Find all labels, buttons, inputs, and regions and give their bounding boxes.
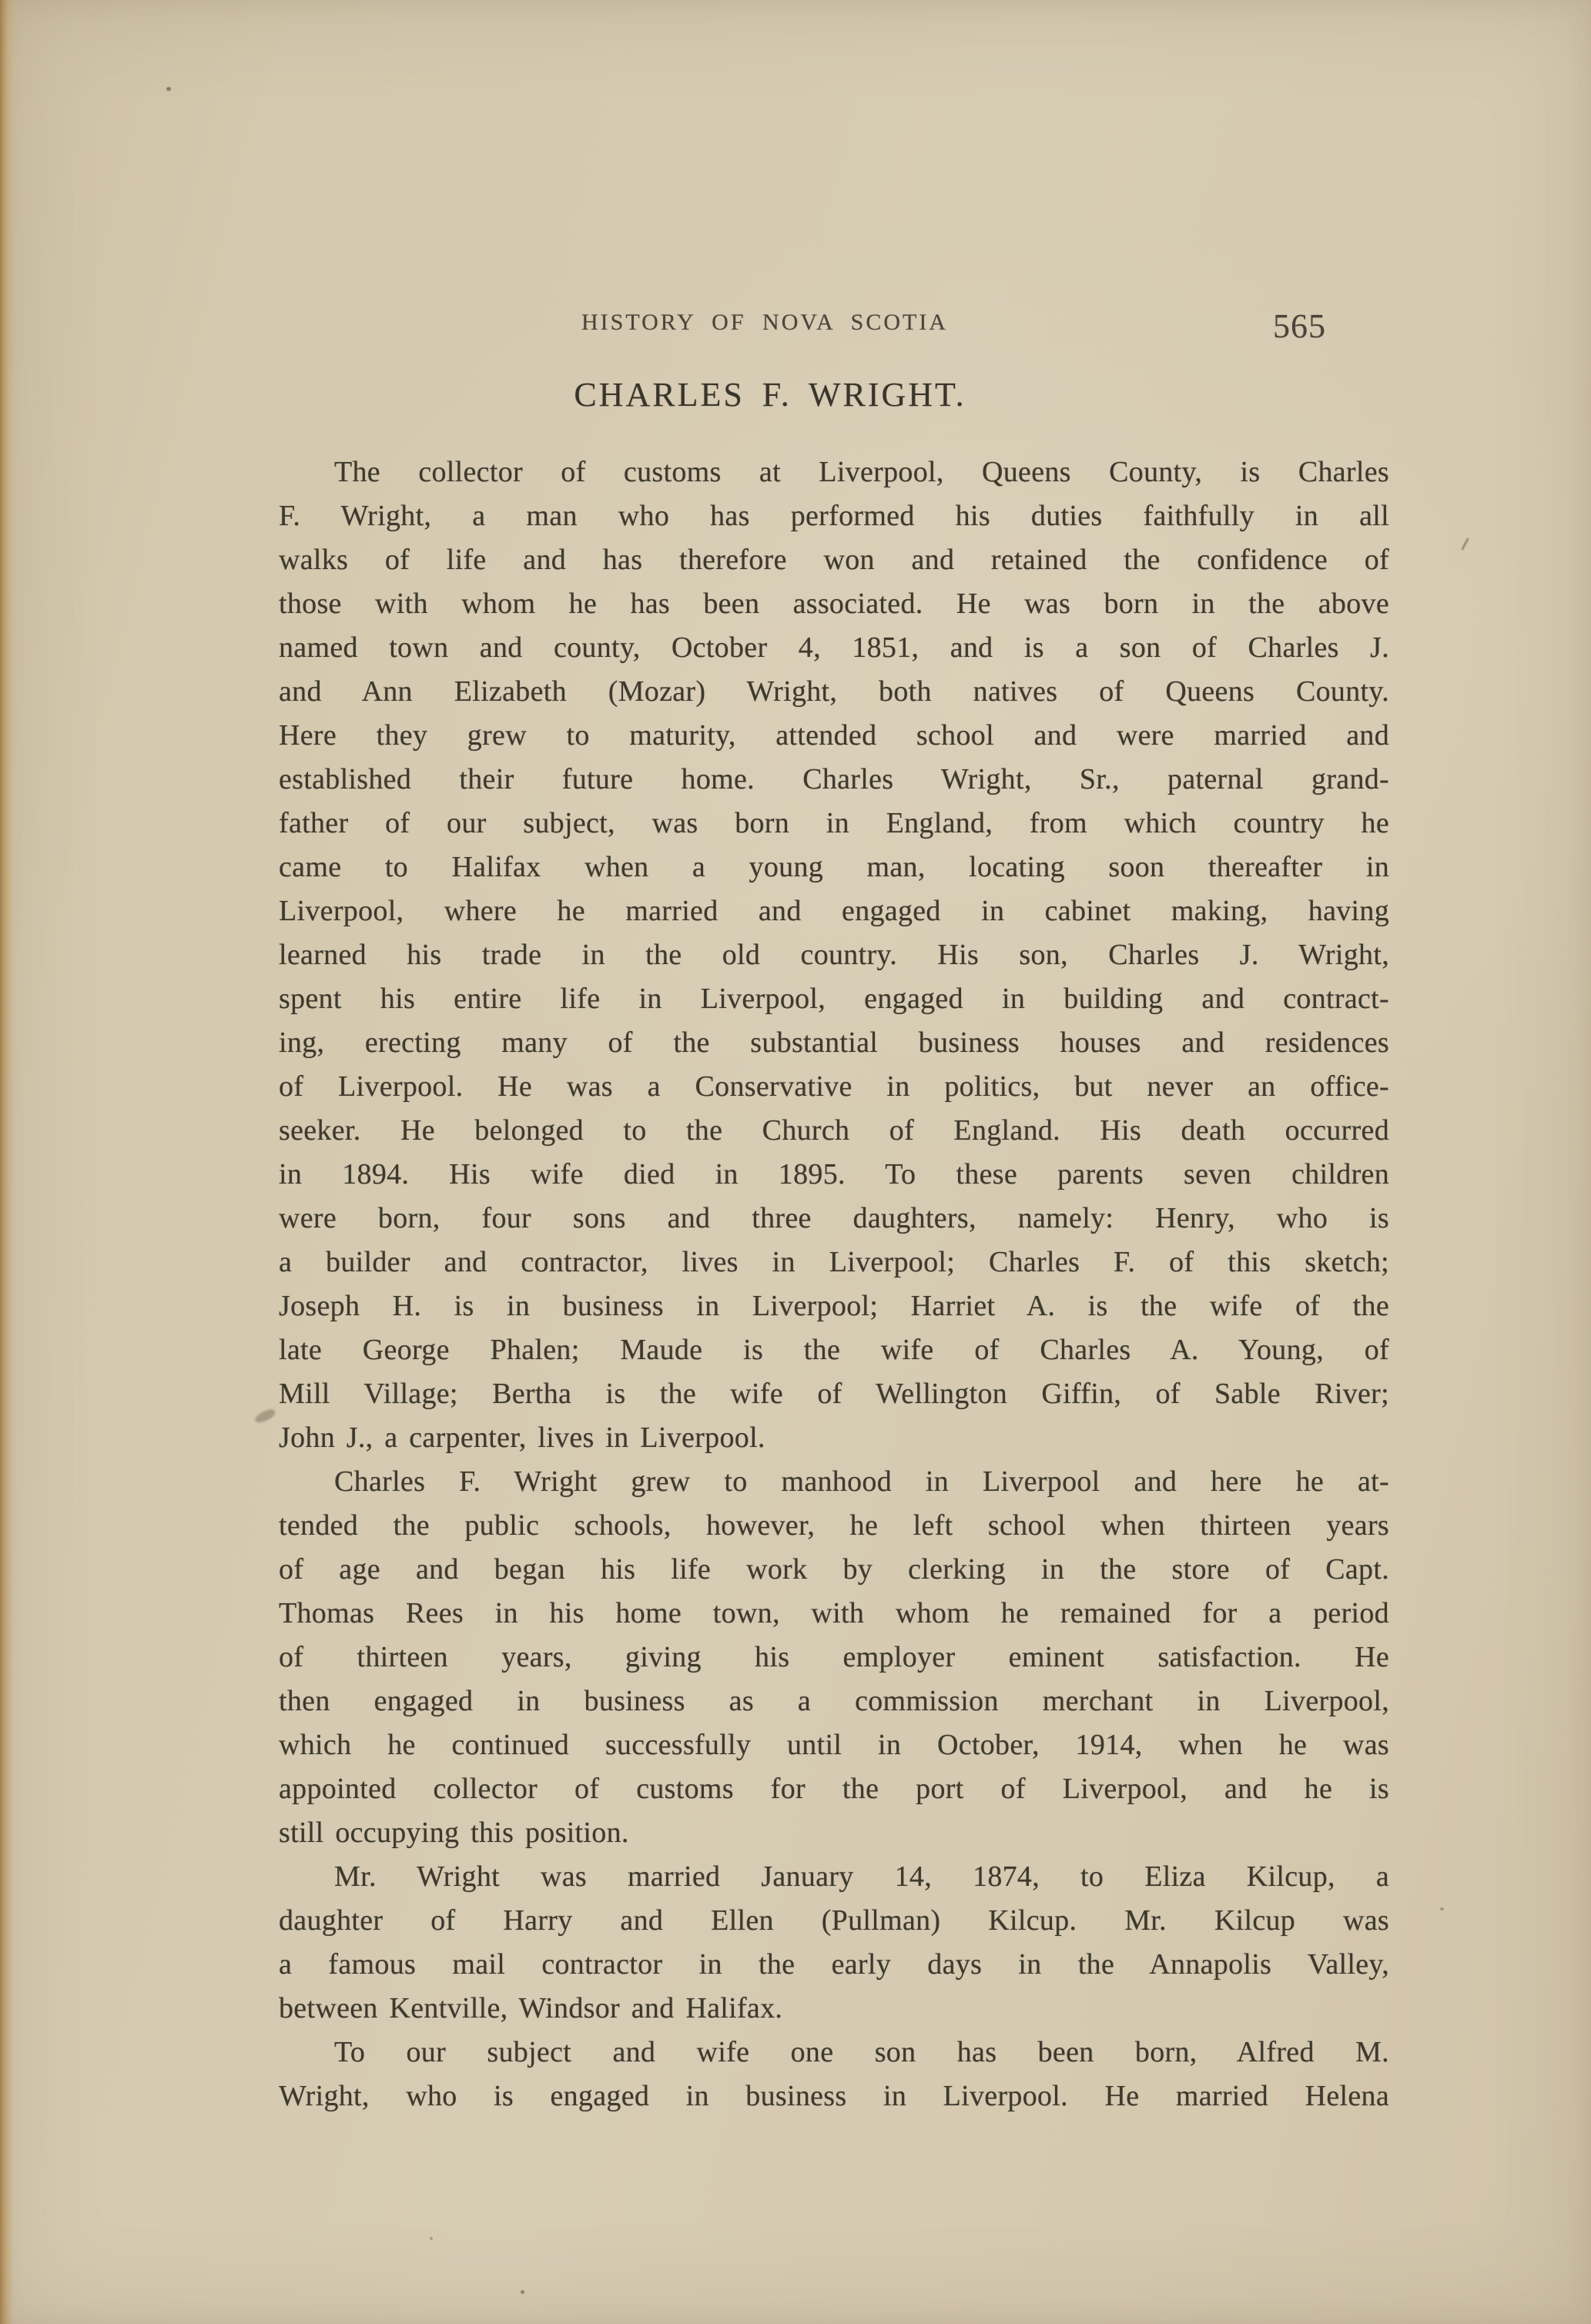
text-line: walks of life and has therefore won and … [279, 538, 1389, 582]
dust-speck [1461, 537, 1469, 550]
running-header-title: HISTORY OF NOVA SCOTIA [581, 310, 948, 336]
text-line: those with whom he has been associated. … [279, 582, 1389, 626]
text-line: Thomas Rees in his home town, with whom … [279, 1592, 1389, 1636]
text-line: appointed collector of customs for the p… [279, 1767, 1389, 1811]
dust-speck [166, 87, 171, 91]
text-line: tended the public schools, however, he l… [279, 1504, 1389, 1548]
text-line: father of our subject, was born in Engla… [279, 802, 1389, 846]
pencil-mark [253, 1408, 276, 1425]
text-line: Charles F. Wright grew to manhood in Liv… [279, 1460, 1389, 1504]
scanned-book-page: HISTORY OF NOVA SCOTIA 565 CHARLES F. WR… [0, 0, 1591, 2324]
text-line: of Liverpool. He was a Conservative in p… [279, 1065, 1389, 1109]
text-line: came to Halifax when a young man, locati… [279, 846, 1389, 889]
text-line: Joseph H. is in business in Liverpool; H… [279, 1284, 1389, 1328]
body-text: The collector of customs at Liverpool, Q… [279, 450, 1389, 2118]
text-line: then engaged in business as a commission… [279, 1679, 1389, 1723]
text-line: daughter of Harry and Ellen (Pullman) Ki… [279, 1899, 1389, 1943]
text-line: Mill Village; Bertha is the wife of Well… [279, 1372, 1389, 1416]
text-line: F. Wright, a man who has performed his d… [279, 494, 1389, 538]
text-line: which he continued successfully until in… [279, 1723, 1389, 1767]
text-line: a famous mail contractor in the early da… [279, 1943, 1389, 1987]
text-line: learned his trade in the old country. Hi… [279, 933, 1389, 977]
dust-speck [430, 2237, 433, 2240]
text-line: The collector of customs at Liverpool, Q… [279, 450, 1389, 494]
text-line: still occupying this position. [279, 1811, 1389, 1855]
text-line: of age and began his life work by clerki… [279, 1548, 1389, 1592]
text-line: and Ann Elizabeth (Mozar) Wright, both n… [279, 670, 1389, 714]
page-binding-edge [0, 0, 14, 2324]
text-line: late George Phalen; Maude is the wife of… [279, 1328, 1389, 1372]
text-line: Liverpool, where he married and engaged … [279, 889, 1389, 933]
text-line: in 1894. His wife died in 1895. To these… [279, 1153, 1389, 1197]
page-number: 565 [1273, 306, 1326, 346]
text-line: named town and county, October 4, 1851, … [279, 626, 1389, 670]
dust-speck [521, 2290, 524, 2294]
text-line: between Kentville, Windsor and Halifax. [279, 1987, 1389, 2031]
text-line: a builder and contractor, lives in Liver… [279, 1241, 1389, 1284]
text-line: John J., a carpenter, lives in Liverpool… [279, 1416, 1389, 1460]
text-line: ing, erecting many of the substantial bu… [279, 1021, 1389, 1065]
text-line: Here they grew to maturity, attended sch… [279, 714, 1389, 758]
text-line: Mr. Wright was married January 14, 1874,… [279, 1855, 1389, 1899]
article-title: CHARLES F. WRIGHT. [574, 375, 966, 414]
text-line: were born, four sons and three daughters… [279, 1197, 1389, 1241]
text-line: Wright, who is engaged in business in Li… [279, 2075, 1389, 2118]
text-line: seeker. He belonged to the Church of Eng… [279, 1109, 1389, 1153]
text-line: of thirteen years, giving his employer e… [279, 1636, 1389, 1679]
dust-speck [1440, 1907, 1444, 1910]
text-line: established their future home. Charles W… [279, 758, 1389, 802]
text-line: To our subject and wife one son has been… [279, 2031, 1389, 2075]
text-line: spent his entire life in Liverpool, enga… [279, 977, 1389, 1021]
